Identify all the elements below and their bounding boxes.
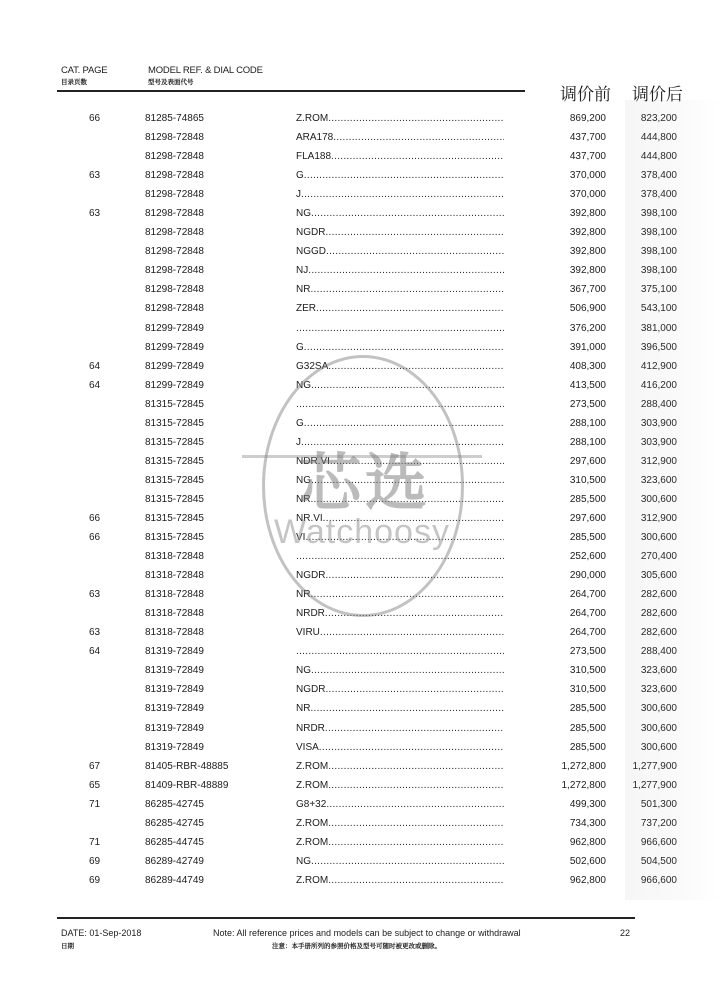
price-after-cell: 323,600 — [641, 665, 677, 676]
table-row: 81319-72849VISA285,500300,600 — [0, 739, 720, 758]
cat-page-label: CAT. PAGE — [61, 65, 107, 76]
dial-code-cell: VI — [296, 532, 504, 543]
table-row: 81298-72848J370,000378,400 — [0, 186, 720, 205]
price-after-cell: 398,100 — [641, 246, 677, 257]
price-after-cell: 823,200 — [641, 113, 677, 124]
price-after-cell: 412,900 — [641, 361, 677, 372]
model-ref-cell: 81315-72845 — [145, 494, 204, 505]
dial-code-cell: J — [296, 437, 504, 448]
table-row: 81318-72848NGDR290,000305,600 — [0, 567, 720, 586]
price-before-cell: 297,600 — [570, 513, 606, 524]
table-row: 6481299-72849G32SA408,300412,900 — [0, 358, 720, 377]
price-before-cell: 408,300 — [570, 361, 606, 372]
price-before-cell: 285,500 — [570, 723, 606, 734]
model-ref-cell: 81319-72849 — [145, 742, 204, 753]
table-row: 81298-72848ZER506,900543,100 — [0, 300, 720, 319]
model-ref-cell: 81315-72845 — [145, 532, 204, 543]
model-ref-cell: 86289-44749 — [145, 875, 204, 886]
table-row: 81298-72848NR367,700375,100 — [0, 281, 720, 300]
dial-code-cell: ZER — [296, 303, 504, 314]
model-ref-cell: 81298-72848 — [145, 246, 204, 257]
footer-date: DATE: 01-Sep-2018 — [61, 928, 141, 938]
table-row: 6781405-RBR-48885Z.ROM1,272,8001,277,900 — [0, 758, 720, 777]
price-after-cell: 305,600 — [641, 570, 677, 581]
price-before-cell: 392,800 — [570, 265, 606, 276]
table-row: 81315-72845273,500288,400 — [0, 396, 720, 415]
price-after-cell: 270,400 — [641, 551, 677, 562]
price-before-cell: 310,500 — [570, 665, 606, 676]
price-before-cell: 288,100 — [570, 418, 606, 429]
price-after-cell: 504,500 — [641, 856, 677, 867]
price-before-cell: 376,200 — [570, 323, 606, 334]
price-before-cell: 310,500 — [570, 684, 606, 695]
price-before-cell: 288,100 — [570, 437, 606, 448]
price-after-header: 调价后 — [632, 80, 683, 105]
table-row: 6581409-RBR-48889Z.ROM1,272,8001,277,900 — [0, 777, 720, 796]
model-ref-cell: 81319-72849 — [145, 665, 204, 676]
price-before-cell: 437,700 — [570, 132, 606, 143]
page-number: 22 — [620, 928, 630, 938]
model-ref-cell: 81299-72849 — [145, 323, 204, 334]
dial-code-cell: ARA178 — [296, 132, 504, 143]
dial-code-cell: Z.ROM — [296, 780, 504, 791]
model-ref-cell: 81319-72849 — [145, 703, 204, 714]
price-after-cell: 300,600 — [641, 742, 677, 753]
price-after-cell: 282,600 — [641, 608, 677, 619]
price-before-cell: 285,500 — [570, 532, 606, 543]
table-row: 81318-72848NRDR264,700282,600 — [0, 605, 720, 624]
model-ref-cell: 81299-72849 — [145, 342, 204, 353]
footer-note-cn: 注意：本手册所列的参照价格及型号可随时被更改或删除。 — [272, 941, 441, 950]
price-before-cell: 310,500 — [570, 475, 606, 486]
cat-page-cell: 64 — [89, 361, 100, 372]
table-row: 6681285-74865Z.ROM869,200823,200 — [0, 110, 720, 129]
model-ref-cell: 81318-72848 — [145, 570, 204, 581]
price-before-cell: 1,272,800 — [562, 780, 607, 791]
dial-code-cell: NGDR — [296, 684, 504, 695]
table-row: 6381298-72848G370,000378,400 — [0, 167, 720, 186]
table-row: 6986289-42749NG502,600504,500 — [0, 853, 720, 872]
table-row: 6481299-72849NG413,500416,200 — [0, 377, 720, 396]
price-before-cell: 437,700 — [570, 151, 606, 162]
dial-code-cell: NDR.VI — [296, 456, 504, 467]
table-row: 6381318-72848VIRU264,700282,600 — [0, 624, 720, 643]
price-before-cell: 869,200 — [570, 113, 606, 124]
price-after-cell: 737,200 — [641, 818, 677, 829]
model-ref-cell: 81315-72845 — [145, 475, 204, 486]
price-before-cell: 367,700 — [570, 284, 606, 295]
price-after-cell: 323,600 — [641, 684, 677, 695]
table-row: 81298-72848NGGD392,800398,100 — [0, 243, 720, 262]
dial-code-cell: Z.ROM — [296, 818, 504, 829]
price-after-cell: 543,100 — [641, 303, 677, 314]
price-after-cell: 282,600 — [641, 627, 677, 638]
model-ref-cell: 81315-72845 — [145, 513, 204, 524]
cat-page-cell: 66 — [89, 513, 100, 524]
model-ref-cell: 81319-72849 — [145, 646, 204, 657]
price-before-cell: 297,600 — [570, 456, 606, 467]
price-after-cell: 378,400 — [641, 170, 677, 181]
dial-code-cell: G — [296, 418, 504, 429]
price-before-cell: 273,500 — [570, 646, 606, 657]
model-ref-cell: 86289-42749 — [145, 856, 204, 867]
header-divider — [57, 90, 525, 92]
price-after-cell: 398,100 — [641, 265, 677, 276]
price-after-cell: 312,900 — [641, 513, 677, 524]
table-row: 81319-72849NG310,500323,600 — [0, 662, 720, 681]
model-label-cn: 型号及表面代号 — [148, 77, 194, 86]
price-after-cell: 288,400 — [641, 646, 677, 657]
table-row: 81315-72845G288,100303,900 — [0, 415, 720, 434]
cat-page-cell: 67 — [89, 761, 100, 772]
model-ref-cell: 81285-74865 — [145, 113, 204, 124]
model-ref-cell: 81318-72848 — [145, 608, 204, 619]
model-ref-cell: 81315-72845 — [145, 456, 204, 467]
price-after-cell: 444,800 — [641, 132, 677, 143]
table-row: 81298-72848FLA188437,700444,800 — [0, 148, 720, 167]
model-ref-cell: 81315-72845 — [145, 399, 204, 410]
dial-code-cell — [296, 646, 504, 657]
dial-code-cell: NRDR — [296, 723, 504, 734]
dial-code-cell: Z.ROM — [296, 113, 504, 124]
dial-code-cell: NR — [296, 494, 504, 505]
dial-code-cell: VISA — [296, 742, 504, 753]
table-row: 81315-72845J288,100303,900 — [0, 434, 720, 453]
cat-page-cell: 63 — [89, 208, 100, 219]
price-after-cell: 501,300 — [641, 799, 677, 810]
cat-page-cell: 64 — [89, 646, 100, 657]
price-after-cell: 300,600 — [641, 723, 677, 734]
table-row: 81319-72849NGDR310,500323,600 — [0, 681, 720, 700]
table-row: 6381298-72848NG392,800398,100 — [0, 205, 720, 224]
model-ref-cell: 81298-72848 — [145, 284, 204, 295]
cat-page-cell: 71 — [89, 799, 100, 810]
model-ref-cell: 81299-72849 — [145, 361, 204, 372]
table-row: 6681315-72845VI285,500300,600 — [0, 529, 720, 548]
dial-code-cell: J — [296, 189, 504, 200]
model-ref-cell: 81298-72848 — [145, 170, 204, 181]
dial-code-cell: NGDR — [296, 570, 504, 581]
model-ref-cell: 81315-72845 — [145, 418, 204, 429]
table-row: 81319-72849NRDR285,500300,600 — [0, 720, 720, 739]
price-before-cell: 962,800 — [570, 875, 606, 886]
model-ref-cell: 81298-72848 — [145, 208, 204, 219]
model-ref-cell: 86285-42745 — [145, 799, 204, 810]
table-row: 81298-72848NGDR392,800398,100 — [0, 224, 720, 243]
table-row: 7186285-42745G8+32499,300501,300 — [0, 796, 720, 815]
table-row: 81315-72845NR285,500300,600 — [0, 491, 720, 510]
price-before-cell: 391,000 — [570, 342, 606, 353]
dial-code-cell: G — [296, 170, 504, 181]
cat-page-cell: 63 — [89, 170, 100, 181]
price-table: 6681285-74865Z.ROM869,200823,20081298-72… — [0, 110, 720, 891]
price-before-cell: 264,700 — [570, 608, 606, 619]
price-after-cell: 396,500 — [641, 342, 677, 353]
model-ref-cell: 81298-72848 — [145, 303, 204, 314]
cat-page-cell: 63 — [89, 589, 100, 600]
price-after-cell: 300,600 — [641, 532, 677, 543]
table-row: 81319-72849NR285,500300,600 — [0, 700, 720, 719]
price-after-cell: 303,900 — [641, 437, 677, 448]
price-before-cell: 264,700 — [570, 589, 606, 600]
price-after-cell: 966,600 — [641, 875, 677, 886]
model-ref-cell: 86285-42745 — [145, 818, 204, 829]
dial-code-cell: NR — [296, 284, 504, 295]
dial-code-cell: G8+32 — [296, 799, 504, 810]
table-row: 81315-72845NG310,500323,600 — [0, 472, 720, 491]
model-ref-cell: 81405-RBR-48885 — [145, 761, 228, 772]
model-ref-cell: 81315-72845 — [145, 437, 204, 448]
dial-code-cell: NRDR — [296, 608, 504, 619]
model-ref-cell: 81299-72849 — [145, 380, 204, 391]
price-after-cell: 300,600 — [641, 703, 677, 714]
price-after-cell: 1,277,900 — [633, 761, 678, 772]
dial-code-cell: Z.ROM — [296, 875, 504, 886]
price-after-cell: 381,000 — [641, 323, 677, 334]
price-after-cell: 323,600 — [641, 475, 677, 486]
footer-date-cn: 日期 — [61, 941, 74, 950]
table-row: 6681315-72845NR.VI297,600312,900 — [0, 510, 720, 529]
price-before-cell: 392,800 — [570, 246, 606, 257]
dial-code-cell: Z.ROM — [296, 837, 504, 848]
price-after-cell: 378,400 — [641, 189, 677, 200]
model-label: MODEL REF. & DIAL CODE — [148, 65, 263, 76]
dial-code-cell: G — [296, 342, 504, 353]
table-row: 81298-72848ARA178437,700444,800 — [0, 129, 720, 148]
model-ref-cell: 81319-72849 — [145, 723, 204, 734]
price-after-cell: 966,600 — [641, 837, 677, 848]
model-ref-cell: 81298-72848 — [145, 189, 204, 200]
cat-page-cell: 66 — [89, 532, 100, 543]
cat-page-label-cn: 目录页数 — [61, 77, 87, 86]
model-ref-cell: 81298-72848 — [145, 151, 204, 162]
cat-page-cell: 66 — [89, 113, 100, 124]
cat-page-cell: 69 — [89, 856, 100, 867]
price-before-cell: 392,800 — [570, 227, 606, 238]
price-before-cell: 392,800 — [570, 208, 606, 219]
price-after-cell: 282,600 — [641, 589, 677, 600]
dial-code-cell: NG — [296, 208, 504, 219]
price-after-cell: 375,100 — [641, 284, 677, 295]
price-before-header: 调价前 — [560, 80, 611, 105]
table-row: 81298-72848NJ392,800398,100 — [0, 262, 720, 281]
table-row: 6986289-44749Z.ROM962,800966,600 — [0, 872, 720, 891]
cat-page-cell: 71 — [89, 837, 100, 848]
price-after-cell: 398,100 — [641, 208, 677, 219]
table-row: 81299-72849376,200381,000 — [0, 320, 720, 339]
price-before-cell: 285,500 — [570, 703, 606, 714]
table-row: 86285-42745Z.ROM734,300737,200 — [0, 815, 720, 834]
price-before-cell: 962,800 — [570, 837, 606, 848]
price-after-cell: 288,400 — [641, 399, 677, 410]
price-before-cell: 370,000 — [570, 189, 606, 200]
dial-code-cell — [296, 323, 504, 334]
footer-note: Note: All reference prices and models ca… — [213, 928, 521, 938]
dial-code-cell: NG — [296, 856, 504, 867]
dial-code-cell: FLA188 — [296, 151, 504, 162]
price-after-cell: 300,600 — [641, 494, 677, 505]
price-before-cell: 499,300 — [570, 799, 606, 810]
cat-page-cell: 69 — [89, 875, 100, 886]
price-before-cell: 502,600 — [570, 856, 606, 867]
dial-code-cell: VIRU — [296, 627, 504, 638]
price-after-cell: 416,200 — [641, 380, 677, 391]
dial-code-cell: NJ — [296, 265, 504, 276]
model-ref-cell: 81319-72849 — [145, 684, 204, 695]
dial-code-cell — [296, 551, 504, 562]
dial-code-cell: NR — [296, 589, 504, 600]
model-ref-cell: 81298-72848 — [145, 132, 204, 143]
table-row: 81318-72848252,600270,400 — [0, 548, 720, 567]
price-before-cell: 264,700 — [570, 627, 606, 638]
model-ref-cell: 81318-72848 — [145, 627, 204, 638]
price-after-cell: 312,900 — [641, 456, 677, 467]
price-before-cell: 273,500 — [570, 399, 606, 410]
price-before-cell: 370,000 — [570, 170, 606, 181]
table-row: 7186285-44745Z.ROM962,800966,600 — [0, 834, 720, 853]
price-before-cell: 734,300 — [570, 818, 606, 829]
model-ref-cell: 81318-72848 — [145, 551, 204, 562]
dial-code-cell: NG — [296, 665, 504, 676]
price-after-cell: 398,100 — [641, 227, 677, 238]
dial-code-cell: NR — [296, 703, 504, 714]
footer-divider — [57, 917, 635, 919]
table-row: 6481319-72849273,500288,400 — [0, 643, 720, 662]
model-ref-cell: 86285-44745 — [145, 837, 204, 848]
price-before-cell: 506,900 — [570, 303, 606, 314]
price-before-cell: 290,000 — [570, 570, 606, 581]
price-before-cell: 1,272,800 — [562, 761, 607, 772]
table-row: 6381318-72848NR264,700282,600 — [0, 586, 720, 605]
price-after-cell: 1,277,900 — [633, 780, 678, 791]
price-before-cell: 285,500 — [570, 742, 606, 753]
dial-code-cell: G32SA — [296, 361, 504, 372]
cat-page-cell: 63 — [89, 627, 100, 638]
dial-code-cell: NG — [296, 380, 504, 391]
price-before-cell: 413,500 — [570, 380, 606, 391]
dial-code-cell: Z.ROM — [296, 761, 504, 772]
price-after-cell: 303,900 — [641, 418, 677, 429]
price-after-cell: 444,800 — [641, 151, 677, 162]
cat-page-cell: 65 — [89, 780, 100, 791]
dial-code-cell: NG — [296, 475, 504, 486]
dial-code-cell — [296, 399, 504, 410]
table-row: 81299-72849G391,000396,500 — [0, 339, 720, 358]
model-ref-cell: 81409-RBR-48889 — [145, 780, 228, 791]
model-ref-cell: 81318-72848 — [145, 589, 204, 600]
price-before-cell: 252,600 — [570, 551, 606, 562]
model-ref-cell: 81298-72848 — [145, 265, 204, 276]
model-ref-cell: 81298-72848 — [145, 227, 204, 238]
cat-page-cell: 64 — [89, 380, 100, 391]
dial-code-cell: NR.VI — [296, 513, 504, 524]
price-before-cell: 285,500 — [570, 494, 606, 505]
table-row: 81315-72845NDR.VI297,600312,900 — [0, 453, 720, 472]
dial-code-cell: NGGD — [296, 246, 504, 257]
dial-code-cell: NGDR — [296, 227, 504, 238]
